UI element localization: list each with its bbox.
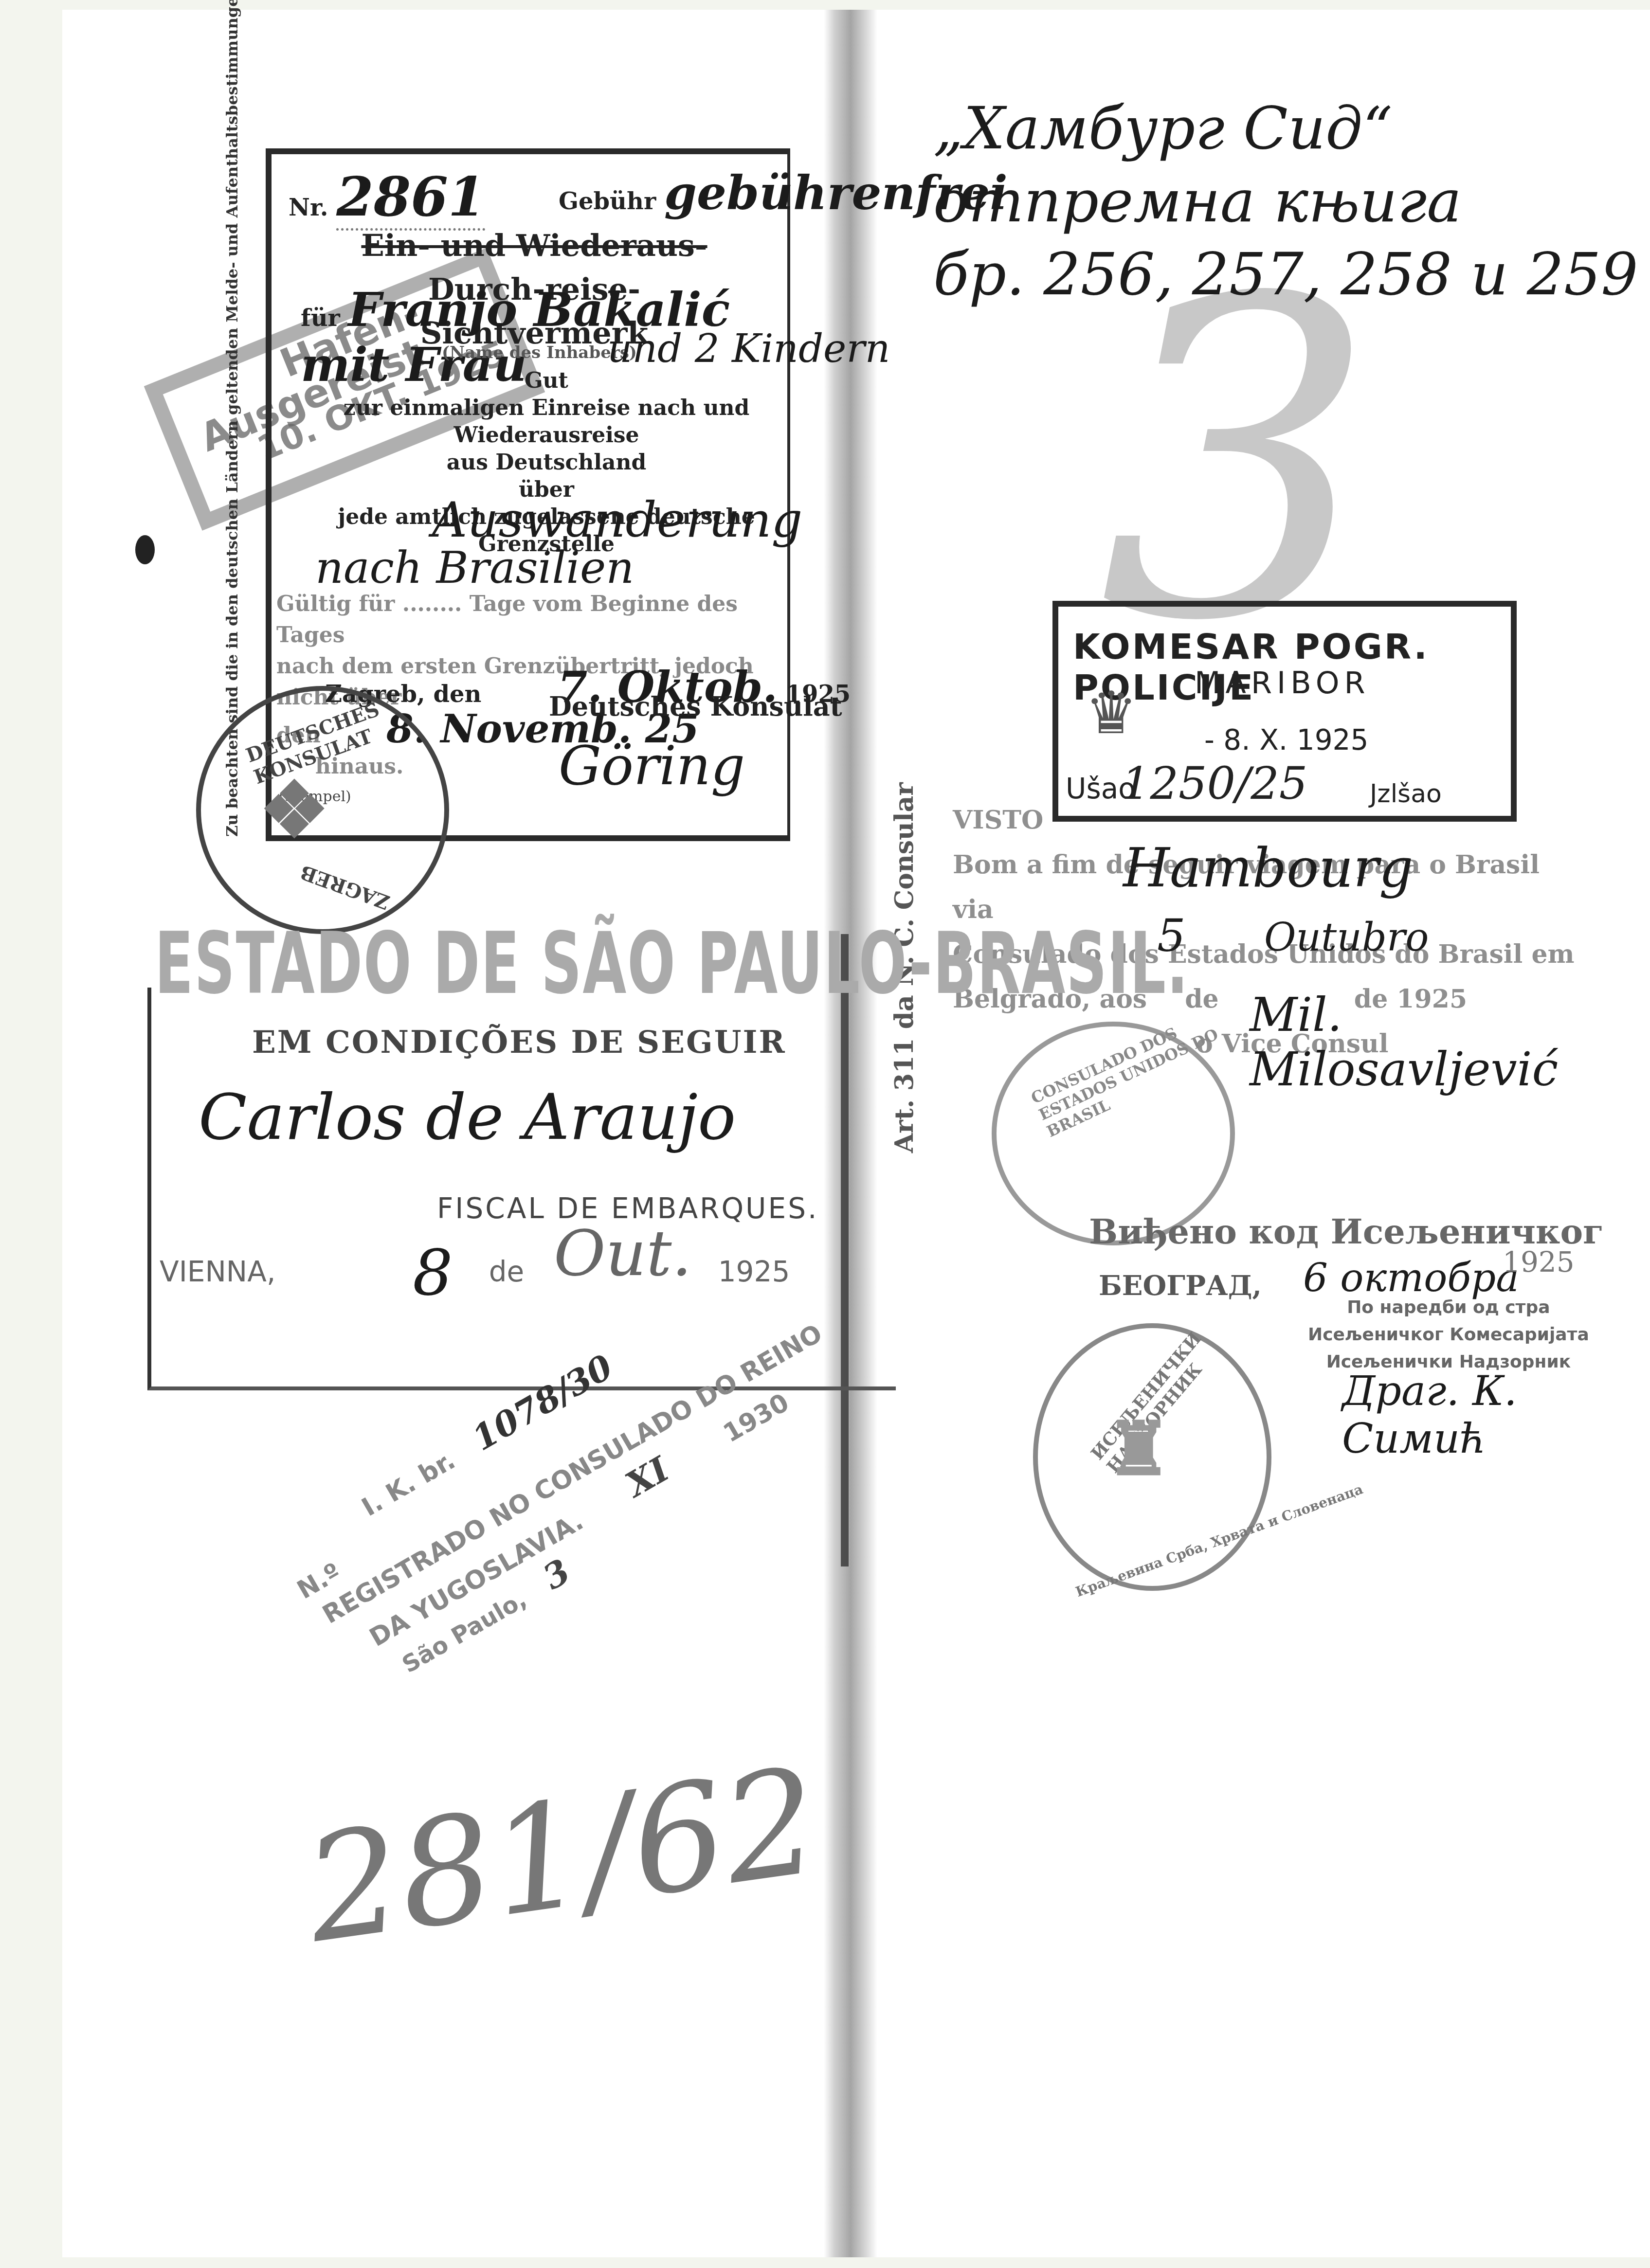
belgrade-year: 1925 [1503, 1245, 1575, 1278]
ink-blot [135, 535, 155, 564]
sao-paulo-status: EM CONDIÇÕES DE SEGUIR [252, 1024, 786, 1061]
note-line-1: „Хамбург Сид“ [933, 92, 1638, 165]
note-line-3: бр. 256, 257, 258 и 259 [933, 238, 1638, 311]
bottom-annotation: 281/62 [296, 1736, 829, 1975]
belgrade-city: БЕОГРАД, [1099, 1270, 1262, 1302]
visa-purpose: Auswanderung [432, 491, 802, 548]
sao-paulo-month: Out. [554, 1216, 692, 1290]
brazil-visa-via: Hambourg [1123, 837, 1413, 899]
visa-fee-value: gebührenfrei [664, 165, 1008, 220]
belgrade-order: По наредби од стра Исељеничког Комесариј… [1308, 1294, 1589, 1376]
handwritten-note: „Хамбург Сид“ отпремна књига бр. 256, 25… [933, 92, 1638, 311]
sao-paulo-signature: Carlos de Araujo [199, 1080, 736, 1154]
visa-number-value: 2861 [336, 165, 485, 231]
visa-number: Nr. 2861 [289, 165, 485, 228]
visa-signature: Göring [559, 735, 745, 797]
maribor-date: - 8. X. 1925 [1204, 723, 1368, 756]
sao-paulo-date: VIENNA, de 1925 [160, 1255, 790, 1288]
visa-fee: Gebühr gebührenfrei [559, 165, 1008, 220]
belgrade-signature: Драг. К. Симић [1342, 1367, 1650, 1462]
document-page: 3 „Хамбург Сид“ отпремна књига бр. 256, … [62, 10, 1650, 2257]
zagreb-consulate-seal: DEUTSCHES KONSULAT (Stempel) ZAGREB ❖ [196, 686, 449, 934]
brazil-visa-month: Outubro [1264, 915, 1429, 960]
belgrade-emigration-seal: ИСЕЉЕНИЧКИ НАДЗОРНИК ♜ Краљевина Срба, Х… [1033, 1323, 1271, 1591]
sao-paulo-day: 8 [413, 1236, 453, 1310]
brazil-visa-signature: Mil. Milosavljević [1250, 988, 1650, 1097]
eagle-icon: ❖ [259, 764, 329, 855]
visa-authority: Deutsches Konsulat [549, 691, 842, 722]
coat-of-arms-icon: ♜ [1106, 1406, 1171, 1492]
note-line-2: отпремна књига [933, 165, 1638, 238]
maribor-police-stamp: KOMESAR POGR. POLICIJE MARIBOR ♛ - 8. X.… [1052, 601, 1517, 822]
holder-name-continued: und 2 Kindern [607, 326, 890, 371]
visa-purpose-destination: nach Brasilien [315, 542, 634, 594]
coat-of-arms-icon: ♛ [1085, 680, 1138, 747]
